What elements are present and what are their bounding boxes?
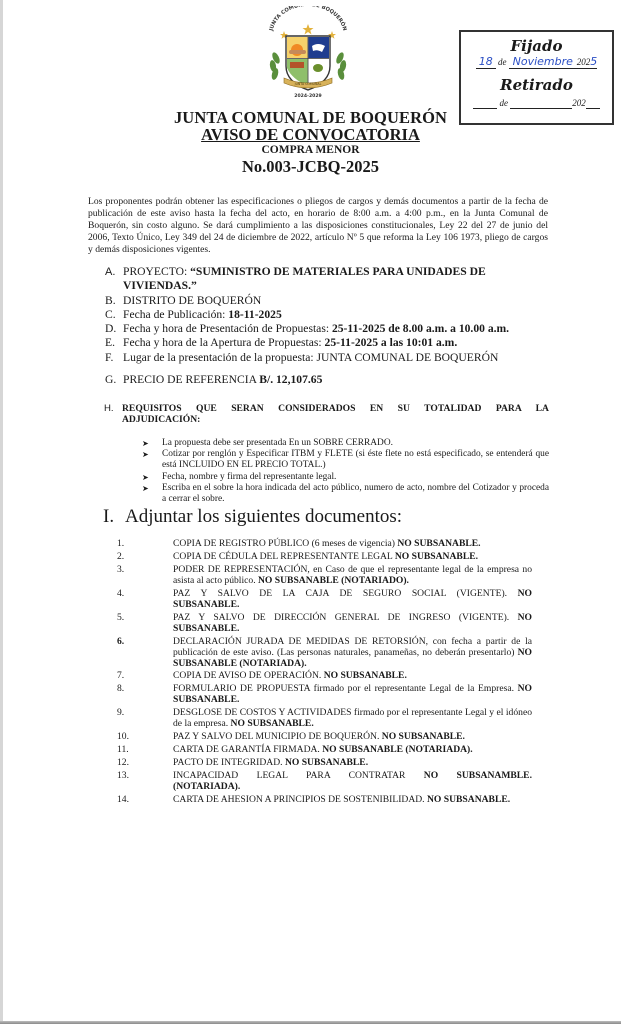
arrow-bullet-icon: ➤ [142, 472, 162, 483]
document-item: 10.PAZ Y SALVO DEL MUNICIPIO DE BOQUERÓN… [117, 732, 532, 743]
status-label: NO SUBSANABLE (NOTARIADO). [258, 575, 409, 586]
notice-title: AVISO DE CONVOCATORIA [0, 126, 621, 143]
document-item: 9.DESGLOSE DE COSTOS Y ACTIVIDADES firma… [117, 708, 532, 730]
logo-banner-text: JUNTA COMUNAL [294, 82, 322, 86]
document-number: 1. [117, 539, 173, 550]
requirement-item: ➤Fecha, nombre y firma del representante… [142, 472, 549, 483]
document-number: 9. [117, 708, 173, 730]
document-item: 7.COPIA DE AVISO DE OPERACIÓN. NO SUBSAN… [117, 671, 532, 682]
documents-list: 1.COPIA DE REGISTRO PÚBLICO (6 meses de … [117, 539, 532, 808]
requirements-list: ➤La propuesta debe ser presentada En un … [142, 438, 549, 505]
document-item: 6.DECLARACIÓN JURADA DE MEDIDAS DE RETOR… [117, 637, 532, 670]
stamp-fijado-month: Noviembre [513, 55, 573, 68]
document-number: 14. [117, 795, 173, 806]
stamp-fijado-year-digit: 5 [590, 55, 597, 68]
section-h: H. REQUISITOS QUE SERAN CONSIDERADOS EN … [104, 403, 549, 425]
arrow-bullet-icon: ➤ [142, 438, 162, 449]
status-label: NO SUBSANABLE. [285, 757, 368, 768]
document-item: 13.INCAPACIDAD LEGAL PARA CONTRATAR NO S… [117, 771, 532, 793]
section-d: D. Fecha y hora de Presentación de Propu… [105, 322, 547, 336]
document-number: 7. [117, 671, 173, 682]
document-number: 8. [117, 684, 173, 706]
intro-paragraph: Los proponentes podrán obtener las espec… [88, 196, 548, 256]
document-item: 11.CARTA DE GARANTÍA FIRMADA. NO SUBSANA… [117, 745, 532, 756]
document-number: 6. [117, 637, 173, 670]
reference-price: B/. 12,107.65 [259, 373, 322, 386]
document-number: 2. [117, 552, 173, 563]
arrow-bullet-icon: ➤ [142, 483, 162, 505]
section-c: C. Fecha de Publicación: 18-11-2025 [105, 308, 547, 322]
status-label: NO SUBSANABLE (NOTARIADA). [322, 744, 472, 755]
stamp-fijado-label: Fijado [461, 38, 612, 55]
stamp-retirado-year-prefix: 202 [572, 98, 586, 108]
document-number: 13. [117, 771, 173, 793]
requirement-item: ➤La propuesta debe ser presentada En un … [142, 438, 549, 449]
requirement-item: ➤Cotizar por renglón y Especificar ITBM … [142, 449, 549, 471]
status-label: NO SUBSANABLE. [382, 731, 465, 742]
section-list: A. PROYECTO: “SUMINISTRO DE MATERIALES P… [105, 265, 547, 365]
section-f: F. Lugar de la presentación de la propue… [105, 351, 547, 365]
documents-heading: Adjuntar los siguientes documentos: [125, 507, 402, 527]
stamp-fijado-day: 18 [479, 55, 493, 68]
stamp-fijado-date: 18 de Noviembre2025 [461, 55, 612, 75]
document-item: 2.COPIA DE CÉDULA DEL REPRESENTANTE LEGA… [117, 552, 532, 563]
coat-of-arms-logo: JUNTA COMUNAL DE BOQUERÓN [262, 6, 354, 98]
document-item: 14.CARTA DE AHESION A PRINCIPIOS DE SOST… [117, 795, 532, 806]
section-g: G. PRECIO DE REFERENCIA B/. 12,107.65 [105, 373, 547, 387]
document-item: 8.FORMULARIO DE PROPUESTA firmado por el… [117, 684, 532, 706]
document-number: 12. [117, 758, 173, 769]
organization-name: JUNTA COMUNAL DE BOQUERÓN [0, 110, 621, 126]
status-label: NO SUBSANABLE. [395, 551, 478, 562]
document-number: 3. [117, 565, 173, 587]
section-i: I. Adjuntar los siguientes documentos: [103, 507, 402, 527]
status-label: NO SUBSANABLE. [397, 538, 480, 549]
document-item: 12.PACTO DE INTEGRIDAD. NO SUBSANABLE. [117, 758, 532, 769]
logo-years: 2024-2029 [294, 93, 321, 98]
stamp-retirado-label: Retirado [461, 77, 612, 94]
document-item: 3.PODER DE REPRESENTACIÓN, en Caso de qu… [117, 565, 532, 587]
status-label: NO SUBSANABLE. [231, 718, 314, 729]
document-item: 5.PAZ Y SALVO DE DIRECCIÓN GENERAL DE IN… [117, 613, 532, 635]
municipal-coat-of-arms-icon: JUNTA COMUNAL DE BOQUERÓN [262, 6, 354, 98]
purchase-type: COMPRA MENOR [0, 143, 621, 157]
document-item: 4.PAZ Y SALVO DE LA CAJA DE SEGURO SOCIA… [117, 589, 532, 611]
opening-datetime: 25-11-2025 a las 10:01 a.m. [325, 336, 458, 349]
notice-number: No.003-JCBQ-2025 [0, 157, 621, 176]
document-item: 1.COPIA DE REGISTRO PÚBLICO (6 meses de … [117, 539, 532, 550]
requirement-item: ➤Escriba en el sobre la hora indicada de… [142, 483, 549, 505]
requirements-heading: REQUISITOS QUE SERAN CONSIDERADOS EN SU … [122, 403, 549, 425]
publication-date: 18-11-2025 [228, 308, 281, 321]
document-header: JUNTA COMUNAL DE BOQUERÓN AVISO DE CONVO… [0, 110, 621, 176]
stamp-fijado-year-prefix: 202 [577, 57, 591, 67]
document-number: 5. [117, 613, 173, 635]
document-number: 4. [117, 589, 173, 611]
status-label: NO SUBSANABLE. [324, 670, 407, 681]
section-e: E. Fecha y hora de la Apertura de Propue… [105, 336, 547, 350]
stamp-retirado-de: de [500, 98, 509, 108]
submission-datetime: 25-11-2025 de 8.00 a.m. a 10.00 a.m. [332, 322, 509, 335]
section-a: A. PROYECTO: “SUMINISTRO DE MATERIALES P… [105, 265, 547, 294]
document-number: 11. [117, 745, 173, 756]
document-number: 10. [117, 732, 173, 743]
stamp-fijado-de: de [498, 57, 507, 67]
section-b: B. DISTRITO DE BOQUERÓN [105, 294, 547, 308]
status-label: NO SUBSANABLE. [427, 794, 510, 805]
arrow-bullet-icon: ➤ [142, 449, 162, 471]
